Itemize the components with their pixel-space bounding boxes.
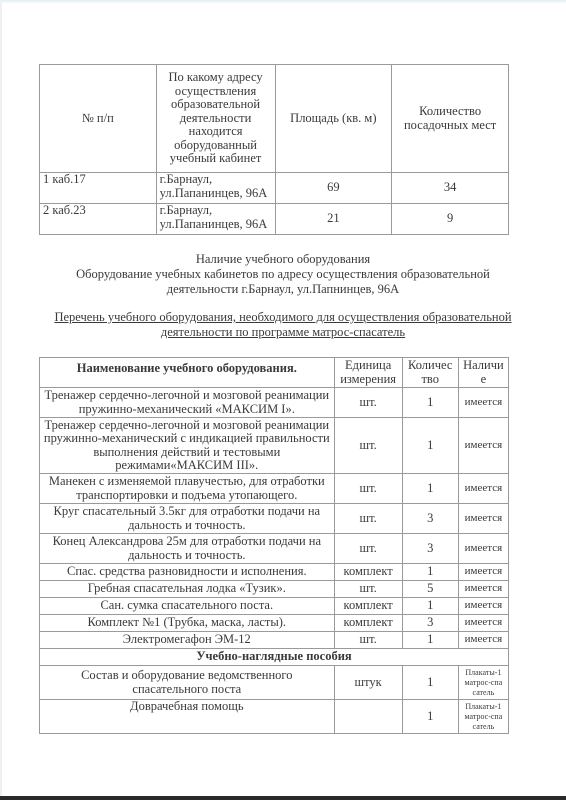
room-address: г.Барнаул,ул.Папанинцев, 96А — [156, 204, 275, 235]
equipment-quantity: 1 — [402, 388, 458, 418]
classrooms-table: № п/п По какому адресу осуществления обр… — [39, 64, 509, 235]
room-area: 21 — [275, 204, 392, 235]
equipment-availability: имеется — [458, 598, 508, 615]
table-row: Сан. сумка спасательного поста.комплект1… — [40, 598, 509, 615]
table-row: Состав и оборудование ведомственного спа… — [40, 666, 509, 700]
section-subtitle: Оборудование учебных кабинетов по адресу… — [40, 267, 526, 297]
table-row: Комплект №1 (Трубка, маска, ласты).компл… — [40, 615, 509, 632]
header-seats: Количество посадочных мест — [392, 65, 509, 173]
equipment-unit: комплект — [334, 564, 402, 581]
equipment-unit: штук — [334, 666, 402, 700]
section-row: Учебно-наглядные пособия — [40, 649, 509, 666]
section-title-aids: Учебно-наглядные пособия — [40, 649, 509, 666]
table-row: Электромегафон ЭМ-12шт.1имеется — [40, 632, 509, 649]
header-availability: Наличи е — [458, 358, 508, 388]
equipment-availability: имеется — [458, 564, 508, 581]
equipment-unit: шт. — [334, 474, 402, 504]
equipment-quantity: 5 — [402, 581, 458, 598]
equipment-quantity: 3 — [402, 534, 458, 564]
equipment-availability: имеется — [458, 632, 508, 649]
equipment-name: Доврачебная помощь — [40, 700, 335, 734]
equipment-quantity: 3 — [402, 615, 458, 632]
equipment-unit: шт. — [334, 388, 402, 418]
equipment-availability: имеется — [458, 388, 508, 418]
equipment-availability: Плакаты-1 матрос-спа сатель — [458, 666, 508, 700]
room-area: 69 — [275, 173, 392, 204]
table-row: Тренажер сердечно-легочной и мозговой ре… — [40, 418, 509, 474]
table-header-row: № п/п По какому адресу осуществления обр… — [40, 65, 509, 173]
table-row: Тренажер сердечно-легочной и мозговой ре… — [40, 388, 509, 418]
table-row: Манекен с изменяемой плавучестью, для от… — [40, 474, 509, 504]
scan-edge-bottom — [0, 796, 566, 800]
equipment-name: Манекен с изменяемой плавучестью, для от… — [40, 474, 335, 504]
header-number: № п/п — [40, 65, 157, 173]
equipment-availability: имеется — [458, 581, 508, 598]
equipment-quantity: 1 — [402, 418, 458, 474]
list-title: Перечень учебного оборудования, необходи… — [40, 310, 526, 340]
equipment-name: Конец Александрова 25м для отработки под… — [40, 534, 335, 564]
equipment-name: Тренажер сердечно-легочной и мозговой ре… — [40, 418, 335, 474]
section-title: Наличие учебного оборудования — [40, 252, 526, 267]
equipment-table: Наименование учебного оборудования. Един… — [39, 357, 509, 734]
equipment-availability: имеется — [458, 615, 508, 632]
room-seats: 9 — [392, 204, 509, 235]
equipment-quantity: 1 — [402, 598, 458, 615]
table-row: Конец Александрова 25м для отработки под… — [40, 534, 509, 564]
equipment-name: Сан. сумка спасательного поста. — [40, 598, 335, 615]
room-seats: 34 — [392, 173, 509, 204]
equipment-availability: имеется — [458, 418, 508, 474]
equipment-name: Круг спасательный 3.5кг для отработки по… — [40, 504, 335, 534]
equipment-availability: Плакаты-1 матрос-спа сатель — [458, 700, 508, 734]
equipment-unit: шт. — [334, 418, 402, 474]
room-address: г.Барнаул,ул.Папанинцев, 96А — [156, 173, 275, 204]
room-number: 2 каб.23 — [40, 204, 157, 235]
header-area: Площадь (кв. м) — [275, 65, 392, 173]
table-row: Круг спасательный 3.5кг для отработки по… — [40, 504, 509, 534]
section-headings: Наличие учебного оборудования Оборудован… — [40, 252, 526, 340]
equipment-quantity: 1 — [402, 474, 458, 504]
room-number: 1 каб.17 — [40, 173, 157, 204]
scan-edge-top — [0, 0, 566, 4]
equipment-quantity: 3 — [402, 504, 458, 534]
header-unit: Единица измерения — [334, 358, 402, 388]
equipment-quantity: 1 — [402, 700, 458, 734]
equipment-name: Состав и оборудование ведомственного спа… — [40, 666, 335, 700]
equipment-unit — [334, 700, 402, 734]
table-row: Доврачебная помощь1Плакаты-1 матрос-спа … — [40, 700, 509, 734]
equipment-name: Спас. средства разновидности и исполнени… — [40, 564, 335, 581]
equipment-unit: шт. — [334, 632, 402, 649]
table-row: 1 каб.17 г.Барнаул,ул.Папанинцев, 96А 69… — [40, 173, 509, 204]
table-row: Гребная спасательная лодка «Тузик».шт.5и… — [40, 581, 509, 598]
equipment-name: Электромегафон ЭМ-12 — [40, 632, 335, 649]
scan-edge-left — [0, 0, 2, 800]
equipment-unit: шт. — [334, 534, 402, 564]
equipment-quantity: 1 — [402, 632, 458, 649]
equipment-unit: комплект — [334, 615, 402, 632]
equipment-unit: шт. — [334, 581, 402, 598]
equipment-name: Комплект №1 (Трубка, маска, ласты). — [40, 615, 335, 632]
equipment-name: Гребная спасательная лодка «Тузик». — [40, 581, 335, 598]
table-row: Спас. средства разновидности и исполнени… — [40, 564, 509, 581]
header-equipment-name: Наименование учебного оборудования. — [40, 358, 335, 388]
equipment-name: Тренажер сердечно-легочной и мозговой ре… — [40, 388, 335, 418]
equipment-availability: имеется — [458, 534, 508, 564]
header-quantity: Количес тво — [402, 358, 458, 388]
equipment-unit: шт. — [334, 504, 402, 534]
equipment-unit: комплект — [334, 598, 402, 615]
equipment-quantity: 1 — [402, 666, 458, 700]
table-header-row: Наименование учебного оборудования. Един… — [40, 358, 509, 388]
equipment-quantity: 1 — [402, 564, 458, 581]
equipment-availability: имеется — [458, 474, 508, 504]
equipment-availability: имеется — [458, 504, 508, 534]
header-address: По какому адресу осуществления образоват… — [156, 65, 275, 173]
table-row: 2 каб.23 г.Барнаул,ул.Папанинцев, 96А 21… — [40, 204, 509, 235]
